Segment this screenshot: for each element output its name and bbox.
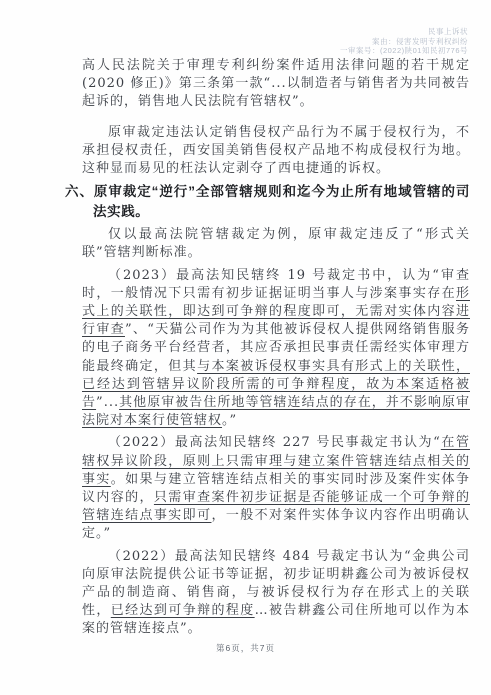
document-page: 民事上诉状 案由：侵害发明专利权纠纷 一审案号：(2022)陕01知民初776号… <box>0 0 491 695</box>
document-meta-header: 民事上诉状 案由：侵害发明专利权纠纷 一审案号：(2022)陕01知民初776号 <box>340 27 468 56</box>
doc-type-label: 民事上诉状 <box>340 27 468 37</box>
text-segment: （2022）最高法知民辖终 227 号民事裁定书认为“ <box>108 435 441 450</box>
case-cause-label: 案由：侵害发明专利权纠纷 <box>340 37 468 47</box>
paragraph: （2022）最高法知民辖终 227 号民事裁定书认为“在管辖权异议阶段，原则上只… <box>82 434 470 543</box>
text-segment: 原审裁定违法认定销售侵权产品行为不属于侵权行为，不承担侵权责任，西安国美销售侵权… <box>82 125 470 176</box>
underlined-text: 已经达到可争辩的程度 <box>111 603 255 618</box>
text-segment: （2023）最高法知民辖终 19 号裁定书中，认为“审查时，一般情况下只需有初步… <box>82 268 470 301</box>
page-number-footer: 第6页，共7页 <box>0 642 491 654</box>
paragraph: （2023）最高法知民辖终 19 号裁定书中，认为“审查时，一般情况下只需有初步… <box>82 267 470 431</box>
text-segment: 六、原审裁定“逆行”全部管辖规则和迄今为止所有地域管辖的司法实践。 <box>65 184 470 219</box>
paragraph: （2022）最高法知民辖终 484 号裁定书认为“金典公司向原审法院提供公证书等… <box>82 548 470 639</box>
text-segment: 。” <box>222 413 237 428</box>
section-heading: 六、原审裁定“逆行”全部管辖规则和迄今为止所有地域管辖的司法实践。 <box>65 182 470 222</box>
paragraph: 高人民法院关于审理专利纠纷案件适用法律问题的若干规定(2020 修正)》第三条第… <box>82 57 470 112</box>
case-number-label: 一审案号：(2022)陕01知民初776号 <box>340 46 468 56</box>
text-segment: ”... <box>96 395 119 410</box>
underlined-text: 其他原审被告住所地等管辖连结点的存在，并不影响原审法院对本案行使管辖权 <box>82 395 470 428</box>
text-segment: 高人民法院关于审理专利纠纷案件适用法律问题的若干规定(2020 修正)》第三条第… <box>82 58 470 109</box>
paragraph: 仅以最高法院管辖裁定为例，原审裁定违反了“形式关联”管辖判断标准。 <box>82 226 470 262</box>
paragraph: 原审裁定违法认定销售侵权产品行为不属于侵权行为，不承担侵权责任，西安国美销售侵权… <box>82 124 470 179</box>
document-body: 高人民法院关于审理专利纠纷案件适用法律问题的若干规定(2020 修正)》第三条第… <box>0 57 491 643</box>
text-segment: 仅以最高法院管辖裁定为例，原审裁定违反了“形式关联”管辖判断标准。 <box>82 227 470 260</box>
